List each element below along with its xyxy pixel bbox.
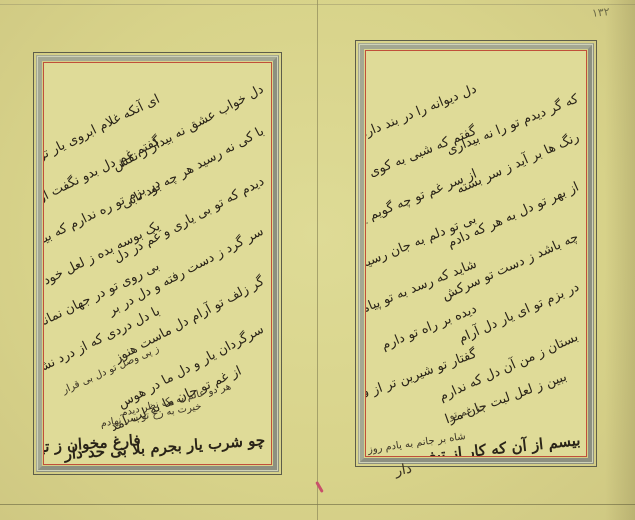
left-page-frame: دل خواب عشق نه بیدار ز نقش با کی نه رسید… bbox=[33, 52, 282, 475]
catchword: دار bbox=[394, 461, 413, 480]
right-text-panel: که گر دیدم تو را نه بیداری رنگ ها بر آید… bbox=[365, 50, 587, 457]
page-edge-shadow bbox=[605, 0, 635, 520]
text-line: گفتار تو شیرین تر از قند bbox=[365, 346, 479, 405]
manuscript-spread: ١٣٢ دل خواب عشق نه بیدار ز نقش با کی نه … bbox=[0, 0, 635, 520]
bottom-crease bbox=[0, 504, 635, 505]
folio-number: ١٣٢ bbox=[591, 5, 610, 20]
gutter-fold bbox=[317, 0, 318, 520]
right-page-frame: که گر دیدم تو را نه بیداری رنگ ها بر آید… bbox=[355, 40, 597, 467]
left-text-panel: دل خواب عشق نه بیدار ز نقش با کی نه رسید… bbox=[43, 62, 272, 465]
